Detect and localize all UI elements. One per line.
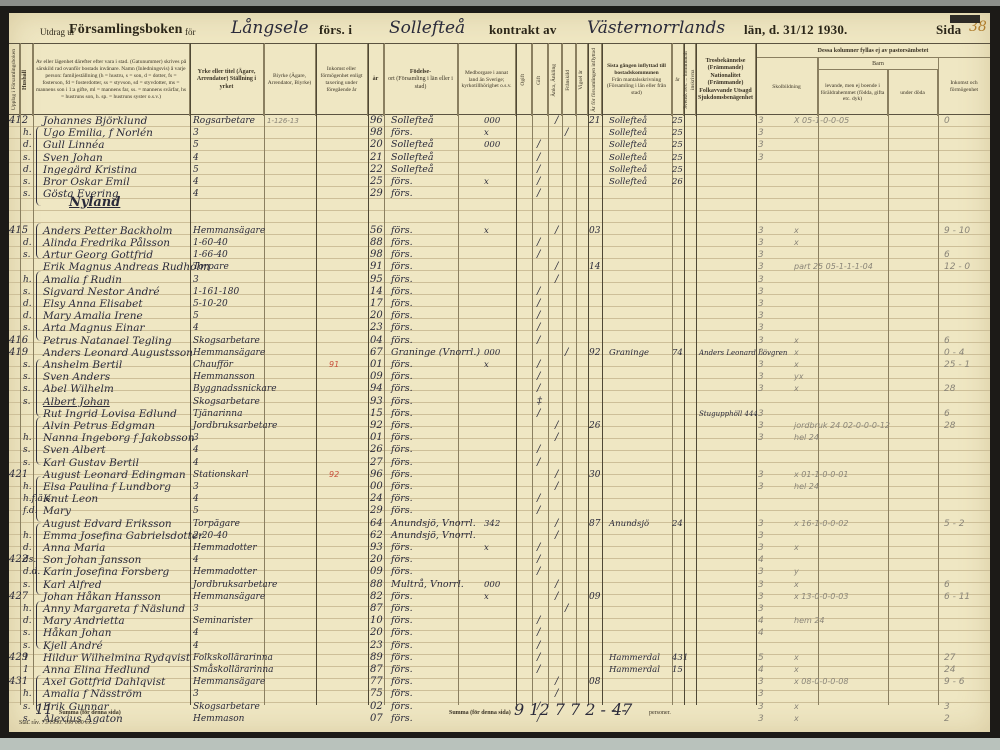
person-name: Axel Gottfrid Dahlqvist [43,676,165,688]
moved-from: Sollefteå [609,115,647,127]
table-row [9,213,990,225]
birth-place: förs. [391,664,413,676]
person-name: Erik Magnus Andreas Rudholm [43,261,210,273]
occupation: Hemmansägare [193,676,265,688]
birth-year: 87 [370,664,383,676]
marital-status-mark: / [537,176,540,188]
children-record: x [794,664,799,676]
relation-code: s. [23,627,30,639]
birth-place: förs. [391,274,413,286]
occupation: Jordbruksarbetare [193,420,277,432]
schooling-grade: 3 [758,542,764,554]
table-row: d.Alinda Fredrika Pålsson1-60-4088förs./… [9,237,990,249]
birth-place: Multrå, Vnorrl. [391,579,464,591]
relation-code: d. [23,615,32,627]
income-wealth: 6 [944,408,950,420]
occupation: 1-161-180 [193,286,239,298]
citizenship-code: x [484,176,489,188]
birth-place: förs. [391,176,413,188]
occupation: Hemmansson [193,371,255,383]
occupation: Seminarister [193,615,252,627]
marital-status-mark: / [537,652,540,664]
table-row: s.Arta Magnus Einar423förs./3 [9,322,990,334]
occupation: Byggnadssnickare [193,383,277,395]
moved-from: Hammerdal [609,664,660,676]
person-name: Albert Johan [43,396,110,408]
table-row: f.d.Mary529förs./ [9,505,990,517]
relation-code: h. [23,127,32,139]
col-widow: Änka, Änkling [548,44,562,116]
children-record: hel 24 [794,481,819,493]
children-record: x [794,347,799,359]
citizenship-code: x [484,127,489,139]
relation-code: d. [23,542,32,554]
occupation: 3 [193,274,199,286]
person-name: Mary [43,505,71,517]
occupation: 4 [193,627,199,639]
occupation: Skogsarbetare [193,396,260,408]
remark-note: Stugupphöll 444 [699,408,758,420]
moved-from: Sollefteå [609,152,647,164]
table-row: s.Karl Gustav Bertil427förs./ [9,457,990,469]
column-headers: Upplag i Församlingsboken Hushåll Av ell… [9,43,990,115]
table-row: 419Anders Leonard AugustssonHemmansägare… [9,347,990,359]
occupation: 4 [193,493,199,505]
relation-code: h. [23,274,32,286]
table-row: d.Gull Linnéa520Sollefteå000/Sollefteå25… [9,139,990,151]
table-row: h.Amalia f Rudin395förs./3 [9,274,990,286]
birth-year: 89 [370,652,383,664]
relation-code: h. [23,432,32,444]
occupation: 4 [193,188,199,200]
birth-place: Sollefteå [391,115,434,127]
birth-year: 87 [370,603,383,615]
birth-year: 92 [370,420,383,432]
schooling-grade: 3 [758,310,764,322]
person-name: Johannes Björklund [43,115,147,127]
person-name: Kjell André [43,640,103,652]
person-name: Håkan Johan [43,627,111,639]
occupation: 4 [193,457,199,469]
schooling-grade: 3 [758,347,764,359]
birth-place: förs. [391,603,413,615]
schooling-grade: 3 [758,274,764,286]
col-hushall: Hushåll [20,44,33,116]
schooling-grade: 3 [758,237,764,249]
marital-status-mark: / [555,420,558,432]
children-record: jordbruk 24 02-0-0-0-12 [794,420,890,432]
schooling-grade: 3 [758,518,764,530]
birth-year: 88 [370,579,383,591]
birth-year: 15 [370,408,383,420]
marital-status-mark: / [537,152,540,164]
schooling-grade: 3 [758,420,764,432]
birth-place: förs. [391,469,413,481]
moved-year: 25 [672,127,683,139]
table-row: s.Bror Oskar Emil425förs.x/Sollefteå26 [9,176,990,188]
income-wealth: 6 [944,249,950,261]
red-pencil-note: 91 [329,359,339,371]
marital-status-mark: / [565,347,568,359]
birth-place: förs. [391,408,413,420]
household-brace [36,523,41,595]
schooling-grade: 3 [758,139,764,151]
income-wealth: 28 [944,383,955,395]
col-last-moved: Sista gången inflyttad till bostadskommu… [602,44,672,116]
table-row: h.Emma Josefina Gabrielsdotter2-20-4062A… [9,530,990,542]
birth-place: förs. [391,444,413,456]
relation-code: s. [23,579,30,591]
birth-year: 67 [370,347,383,359]
relation-code: h. [23,530,32,542]
marital-status-mark: / [537,359,540,371]
birth-year: 95 [370,274,383,286]
birth-year: 22 [370,164,383,176]
schooling-grade: 3 [758,371,764,383]
children-record: y [794,566,799,578]
birth-year: 56 [370,225,383,237]
person-name: Abel Wilhelm [43,383,114,395]
birth-place: förs. [391,676,413,688]
person-name: Alvin Petrus Edgman [43,420,155,432]
person-name: Amalia f Näsström [43,688,142,700]
summa-label: Summa (för denna sida) [59,710,121,716]
summa-label-2: Summa (för denna sida) [449,710,511,716]
birth-place: förs. [391,566,413,578]
moved-from: Hammerdal [609,652,660,664]
person-name: Nanna Ingeborg f Jakobsson [43,432,195,444]
birth-year: 94 [370,383,383,395]
birth-place: förs. [391,615,413,627]
relation-code: s. [23,152,30,164]
schooling-grade: 3 [758,676,764,688]
moved-in-year: 26 [589,420,600,432]
moved-in-year: 08 [589,676,600,688]
schooling-grade: 3 [758,298,764,310]
table-row: s.Sigvard Nestor André1-161-18014förs./3 [9,286,990,298]
col-birth-place: Födelse-ort (Församling i län eller i st… [384,44,458,116]
marital-status-mark: / [555,261,558,273]
person-name: Sigvard Nestor André [43,286,160,298]
page-header: Utdrag ur Församlingsboken för Långsele … [9,13,990,43]
relation-code: s. [23,188,30,200]
marital-status-mark: / [537,322,540,334]
relation-code: s. [23,249,30,261]
person-name: Rut Ingrid Lovisa Edlund [43,408,177,420]
birth-year: 20 [370,627,383,639]
children-record: hem 24 [794,615,825,627]
occupation: Hemmadotter [193,566,257,578]
person-name: Elsa Paulina f Lundborg [43,481,171,493]
table-row: August Edvard ErikssonTorpägare64Anundsj… [9,518,990,530]
moved-from: Graninge [609,347,649,359]
person-name: Son Johan Jansson [43,554,141,566]
birth-year: 98 [370,249,383,261]
children-record: x 16-1-0-0-02 [794,518,848,530]
relation-code: h. [23,481,32,493]
marital-status-mark: / [555,115,558,127]
schooling-grade: 3 [758,603,764,615]
person-name: Karl Alfred [43,579,102,591]
marital-status-mark: / [555,274,558,286]
fors-label: förs. i [319,22,352,38]
citizenship-code: x [484,542,489,554]
table-row: 4291Hildur Wilhelmina RydqvistFolkskollä… [9,652,990,664]
table-row: h.Amalia f Näsström375förs./3 [9,688,990,700]
children-record: x [794,579,799,591]
remark-note: Anders Leonard Lövgren [699,347,787,359]
marital-status-mark: / [555,481,558,493]
marital-status-mark: / [537,542,540,554]
birth-year: 21 [370,152,383,164]
table-row: s.Sven Albert426förs./ [9,444,990,456]
schooling-grade: 3 [758,152,764,164]
relation-code: s. [23,286,30,298]
birth-place: förs. [391,371,413,383]
marital-status-mark: / [555,225,558,237]
relation-code: s. [23,383,30,395]
table-row: s.Håkan Johan420förs./4 [9,627,990,639]
table-row: s.Gösta Evering429förs./ [9,188,990,200]
relation-code: ds. [23,554,36,566]
schooling-grade: 4 [758,615,764,627]
schooling-grade: 3 [758,469,764,481]
birth-year: 23 [370,322,383,334]
moved-year: 25 [672,139,683,151]
marital-status-mark: / [555,676,558,688]
moved-in-year: 30 [589,469,600,481]
moved-year: 15 [672,664,683,676]
schooling-grade: 4 [758,664,764,676]
marital-status-mark: / [537,383,540,395]
birth-year: 09 [370,566,383,578]
table-row: h.Nanna Ingeborg f Jakobsson301förs./3he… [9,432,990,444]
income-wealth: 0 [944,115,950,127]
marital-status-mark: / [537,664,540,676]
table-row: d.Mary Amalia Irene520förs./3 [9,310,990,322]
occupation: 3 [193,127,199,139]
person-name: Mary Andrietta [43,615,125,627]
children-record: x 01-1-0-0-01 [794,469,848,481]
pencil-note: 1-126-13 [267,115,299,127]
schooling-grade: 4 [758,627,764,639]
household-brace [36,417,41,465]
occupation: 5 [193,310,199,322]
citizenship-code: x [484,591,489,603]
person-name: Anny Margareta f Näslund [43,603,185,615]
relation-code: 1 [23,664,29,676]
birth-place: förs. [391,188,413,200]
income-wealth: 6 - 11 [944,591,970,603]
citizenship-code: x [484,359,489,371]
birth-place: förs. [391,505,413,517]
occupation: Chaufför [193,359,233,371]
marital-status-mark: / [537,627,540,639]
occupation: Tjänarinna [193,408,242,420]
table-row: 421August Leonard EdingmanStationskarl92… [9,469,990,481]
kontrakt-label: kontrakt av [489,22,557,38]
register-page: Utdrag ur Församlingsboken för Långsele … [9,13,990,732]
person-name: Mary Amalia Irene [43,310,143,322]
moved-year: 74 [672,347,683,359]
persons-total: 47 [612,700,632,719]
children-record: x 08-0-0-0-08 [794,676,848,688]
col-moved-in: Är för församlingen inflyttad [588,44,602,116]
person-name: Arta Magnus Einar [43,322,144,334]
col-children-dead: under döda [888,70,938,116]
table-row: d.d.Karin Josefina ForsbergHemmadotter09… [9,566,990,578]
marital-status-mark: / [555,579,558,591]
schooling-grade: 3 [758,115,764,127]
marital-status-mark: / [537,408,540,420]
birth-year: 75 [370,688,383,700]
marital-status-mark: / [537,237,540,249]
marital-status-mark: / [555,688,558,700]
relation-code: s. [23,396,30,408]
household-number: 416 [9,335,28,347]
table-row: d.Elsy Anna Elisabet5-10-2017förs./3 [9,298,990,310]
table-row: Erik Magnus Andreas RudholmTorpare91förs… [9,261,990,273]
birth-place: Sollefteå [391,164,434,176]
marital-status-mark: / [537,139,540,151]
relation-code: s. [23,444,30,456]
birth-year: 14 [370,286,383,298]
occupation: 2-20-40 [193,530,228,542]
table-row: h.Ugo Emilia, f Norlén398förs.x/Sollefte… [9,127,990,139]
schooling-grade: 3 [758,335,764,347]
birth-place: förs. [391,249,413,261]
schooling-grade: 3 [758,322,764,334]
birth-place: förs. [391,652,413,664]
marital-status-mark: / [537,371,540,383]
person-name: Bror Oskar Emil [43,176,130,188]
column-totals: 9 12 7 7 2 - - - [514,700,627,719]
income-wealth: 6 [944,335,950,347]
table-row: s.Abel WilhelmByggnadssnickare94förs./3x… [9,383,990,395]
table-row: 416Petrus Natanael TeglingSkogsarbetare0… [9,335,990,347]
occupation: 4 [193,444,199,456]
marital-status-mark: / [555,530,558,542]
person-name: Knut Leon [43,493,98,505]
table-row: 1Anna Elina HedlundSmåskollärarinna87för… [9,664,990,676]
schooling-grade: 3 [758,359,764,371]
occupation: 5-10-20 [193,298,228,310]
table-row: s.Artur Georg Gottfrid1-66-4098förs./36 [9,249,990,261]
col-side-occupation: Biyrke (Ägare, Arrendator, Biyrke) [264,44,316,116]
citizenship-code: 000 [484,115,500,127]
occupation: 4 [193,322,199,334]
birth-place: förs. [391,457,413,469]
marital-status-mark: / [555,518,558,530]
occupation: Folkskollärarinna [193,652,273,664]
birth-year: 01 [370,432,383,444]
relation-code: s. [23,457,30,469]
birth-place: förs. [391,688,413,700]
occupation: 1-66-40 [193,249,228,261]
children-record: x [794,335,799,347]
relation-code: h. [23,603,32,615]
page-footer: 11 Summa (för denna sida) Stat. råv. 73/… [9,706,990,732]
schooling-grade: 3 [758,286,764,298]
scan-top-edge [0,0,1000,6]
occupation: 5 [193,139,199,151]
birth-year: 91 [370,261,383,273]
table-row: Rut Ingrid Lovisa EdlundTjänarinna15förs… [9,408,990,420]
birth-year: 10 [370,615,383,627]
income-wealth: 0 - 4 [944,347,964,359]
col-citizenship: Medborgare i annat land än Sverige; kyrk… [458,44,516,116]
moved-in-year: 92 [589,347,600,359]
table-row: s.Anshelm BertilChaufför9101förs.x/3x25 … [9,359,990,371]
marital-status-mark: / [537,188,540,200]
birth-year: 77 [370,676,383,688]
occupation: 5 [193,164,199,176]
income-wealth: 9 - 10 [944,225,970,237]
table-row: h.Elsa Paulina f Lundborg300förs./3hel 2… [9,481,990,493]
person-name: August Leonard Edingman [43,469,186,481]
col-divorced: Frånskild [562,44,576,116]
income-wealth: 9 - 6 [944,676,964,688]
household-brace [36,126,41,206]
income-wealth: 6 [944,579,950,591]
relation-code: d. [23,237,32,249]
birth-year: 82 [370,591,383,603]
col-registered: Svensk avs. ... kommunalt inskrivna [684,44,696,116]
children-record: x 13-0-0-0-03 [794,591,848,603]
occupation: Torpare [193,261,229,273]
table-row: s.Sven AndersHemmansson09förs./3yx [9,371,990,383]
schooling-grade: 3 [758,261,764,273]
birth-year: 93 [370,396,383,408]
marital-status-mark: / [537,493,540,505]
schooling-grade: 3 [758,432,764,444]
moved-in-year: 09 [589,591,600,603]
table-row: d.Mary AndriettaSeminarister10förs./4hem… [9,615,990,627]
marital-status-mark: / [555,591,558,603]
birth-place: förs. [391,396,413,408]
birth-year: 96 [370,469,383,481]
col-income: Inkomst eller förmögenhet enligt taxerin… [316,44,368,116]
birth-place: förs. [391,420,413,432]
income-wealth: 25 - 1 [944,359,970,371]
marital-status-mark: / [565,127,568,139]
municipality-name: Sollefteå [389,18,465,38]
tally-mark: 11 [35,702,53,718]
marital-status-mark: / [537,457,540,469]
schooling-grade: 3 [758,383,764,395]
moved-in-year: 21 [589,115,600,127]
citizenship-code: 342 [484,518,500,530]
marital-status-mark: / [537,640,540,652]
occupation: 4 [193,176,199,188]
birth-place: förs. [391,591,413,603]
children-record: x [794,542,799,554]
person-name: August Edvard Eriksson [43,518,172,530]
moved-from: Sollefteå [609,176,647,188]
birth-place: förs. [391,286,413,298]
col-occupation: Yrke eller titel (Ägare, Arrendator) Stä… [190,44,264,116]
col-ogift: Ogift [516,44,532,116]
marital-status-mark: / [537,286,540,298]
children-record: hel 24 [794,432,819,444]
birth-year: 62 [370,530,383,542]
person-name: Sven Anders [43,371,110,383]
relation-code: 1 [23,652,29,664]
person-name: Anna Maria [43,542,105,554]
col-group-title: Dessa kolumner fyllas ej av pastorsämbet… [756,44,990,58]
moved-in-year: 03 [589,225,600,237]
moved-from: Sollefteå [609,164,647,176]
